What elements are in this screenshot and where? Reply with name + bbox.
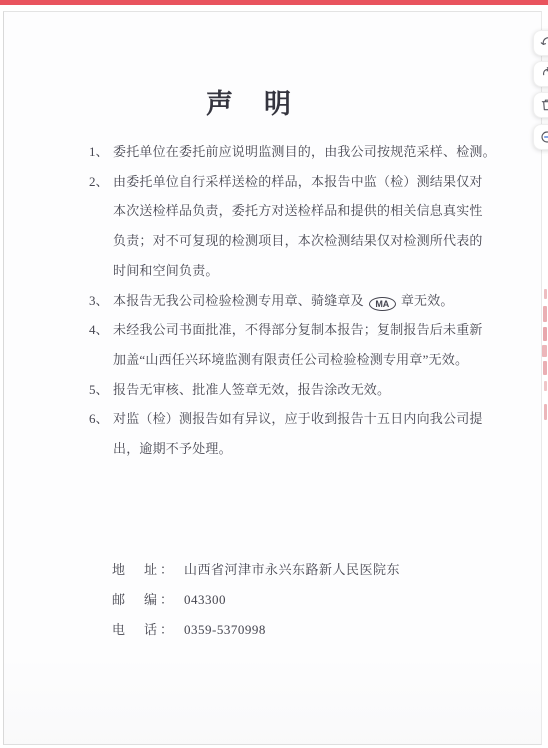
statement-line: 出，逾期不予处理。 [113, 434, 489, 464]
item-number: 6、 [89, 404, 113, 463]
statement-line: 委托单位在委托前应说明监测目的，由我公司按规范采样、检测。 [113, 137, 496, 167]
phone-value: 0359-5370998 [184, 615, 266, 645]
statement-line: 本报告无我公司检验检测专用章、骑缝章及MA章无效。 [113, 286, 489, 316]
statement-item-4: 4、 未经我公司书面批准，不得部分复制本报告；复制报告后未重新 加盖“山西任兴环… [89, 315, 489, 374]
item3-text-before-cma: 本报告无我公司检验检测专用章、骑缝章及 [113, 293, 364, 308]
statement-line: 加盖“山西任兴环境监测有限责任公司检验检测专用章”无效。 [113, 345, 489, 375]
rotate-left-icon [539, 35, 548, 51]
statement-line: 对监（检）测报告如有异议，应于收到报告十五日内向我公司提 [113, 404, 489, 434]
statement-item-3: 3、 本报告无我公司检验检测专用章、骑缝章及MA章无效。 [89, 286, 489, 316]
seal-fragment [543, 306, 547, 322]
document-title: 声 明 [0, 82, 519, 121]
address-label: 地 址： [112, 555, 176, 585]
page-bottom-shade [4, 654, 541, 744]
item-number: 4、 [89, 315, 113, 374]
statement-line: 负责；对不可复现的检测项目，本次检测结果仅对检测所代表的 [113, 226, 489, 256]
item-number: 2、 [89, 167, 113, 286]
statement-line: 未经我公司书面批准，不得部分复制本报告；复制报告后未重新 [113, 315, 489, 345]
rotate-left-button[interactable] [533, 30, 548, 56]
seal-fragment [544, 404, 547, 420]
item-number: 1、 [89, 137, 113, 167]
seal-fragment [544, 289, 547, 299]
contact-block: 地 址： 山西省河津市永兴东路新人民医院东 邮 编： 043300 电 话： 0… [112, 555, 400, 645]
cma-mark-label: MA [375, 300, 389, 309]
address-value: 山西省河津市永兴东路新人民医院东 [184, 555, 400, 585]
seal-fragment [544, 381, 547, 391]
delete-icon [539, 97, 548, 113]
contact-postcode-row: 邮 编： 043300 [112, 585, 400, 615]
statement-item-5: 5、 报告无审核、批准人签章无效，报告涂改无效。 [89, 375, 489, 405]
item-number: 3、 [89, 286, 113, 316]
statement-line: 由委托单位自行采样送检的样品，本报告中监（检）测结果仅对 [113, 167, 489, 197]
phone-label: 电 话： [112, 615, 176, 645]
statement-body: 1、 委托单位在委托前应说明监测目的，由我公司按规范采样、检测。 2、 由委托单… [89, 137, 489, 464]
contact-address-row: 地 址： 山西省河津市永兴东路新人民医院东 [112, 555, 400, 585]
statement-item-6: 6、 对监（检）测报告如有异议，应于收到报告十五日内向我公司提 出，逾期不予处理… [89, 404, 489, 463]
app-top-accent-bar [0, 0, 548, 5]
adjust-button[interactable] [533, 124, 548, 150]
seal-fragment [543, 361, 547, 375]
seal-fragment [542, 345, 547, 357]
item-number: 5、 [89, 375, 113, 405]
postcode-label: 邮 编： [112, 585, 176, 615]
statement-line: 时间和空间负责。 [113, 256, 489, 286]
statement-item-1: 1、 委托单位在委托前应说明监测目的，由我公司按规范采样、检测。 [89, 137, 489, 167]
postcode-value: 043300 [184, 585, 226, 615]
delete-button[interactable] [533, 92, 548, 118]
adjust-icon [539, 129, 548, 145]
statement-line: 本次送检样品负责，委托方对送检样品和提供的相关信息真实性 [113, 196, 489, 226]
contact-phone-row: 电 话： 0359-5370998 [112, 615, 400, 645]
rotate-right-icon [539, 66, 548, 82]
scanner-app-screen: 声 明 1、 委托单位在委托前应说明监测目的，由我公司按规范采样、检测。 2、 … [0, 0, 548, 748]
rotate-right-button[interactable] [533, 61, 548, 87]
item3-text-after-cma: 章无效。 [401, 293, 454, 308]
statement-item-2: 2、 由委托单位自行采样送检的样品，本报告中监（检）测结果仅对 本次送检样品负责… [89, 167, 489, 286]
seal-fragment [543, 327, 547, 341]
statement-line: 报告无审核、批准人签章无效，报告涂改无效。 [113, 375, 489, 405]
cma-certification-mark: MA [369, 297, 396, 311]
